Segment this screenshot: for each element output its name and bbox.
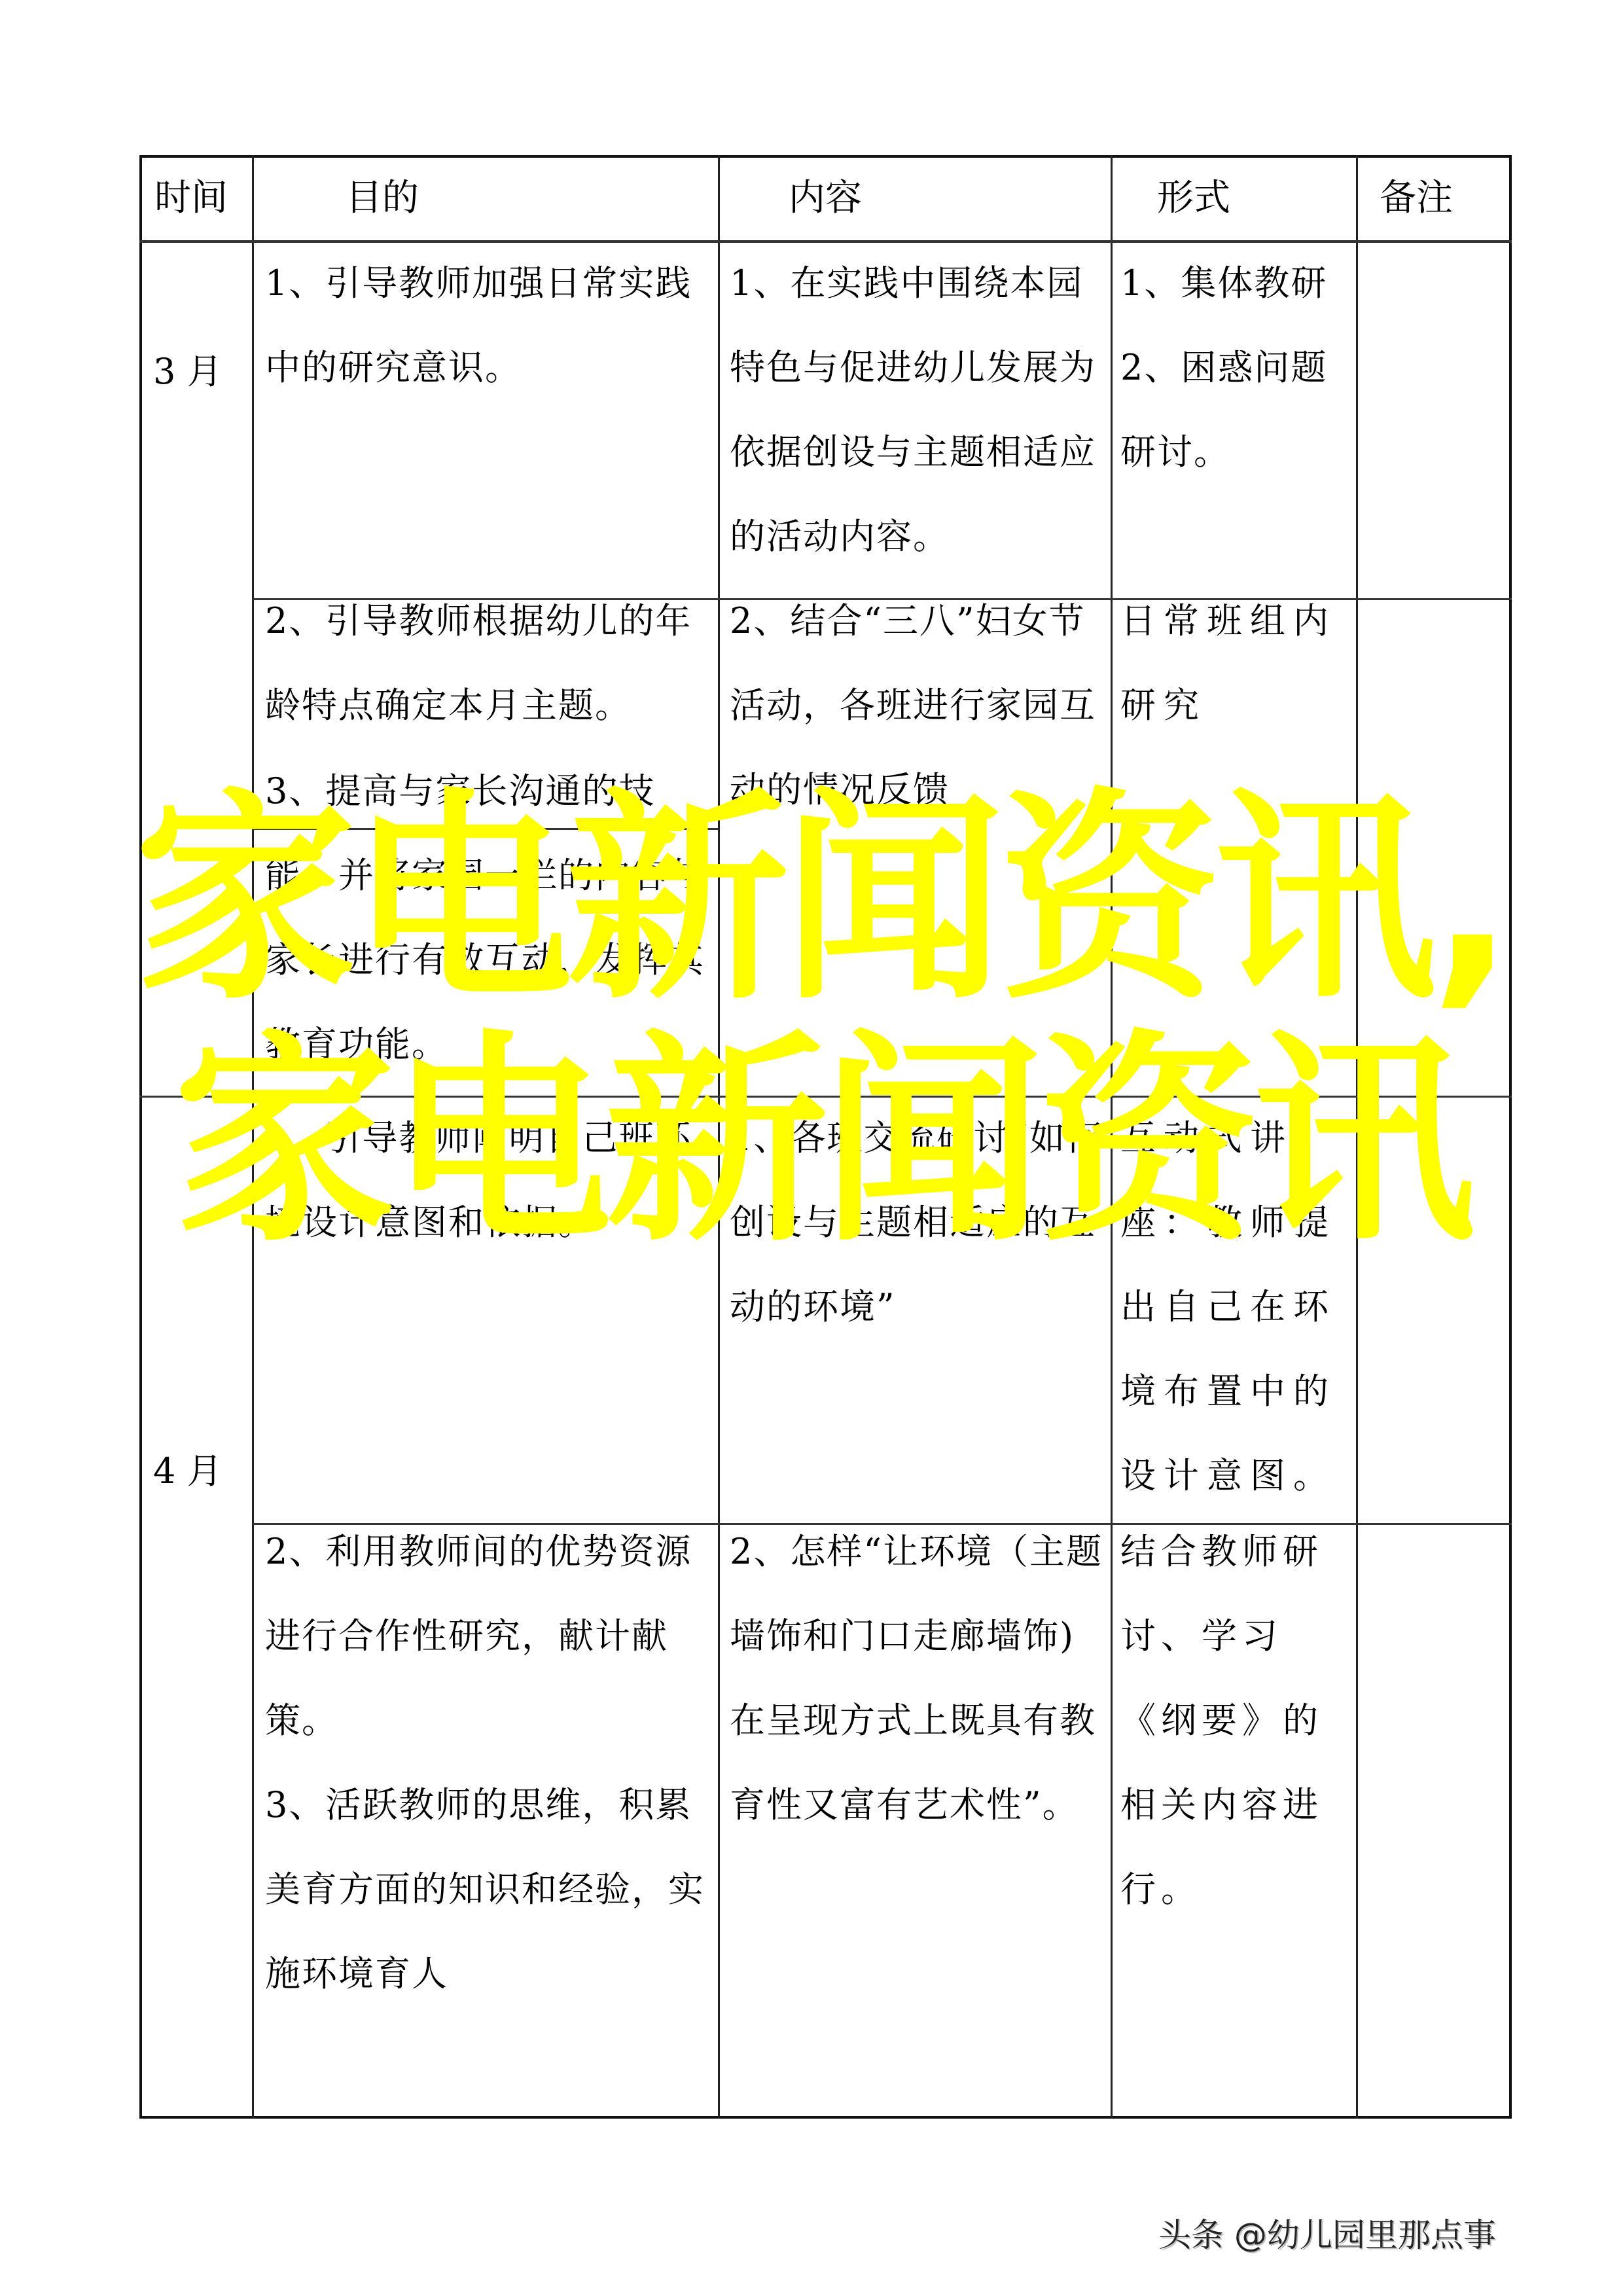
header-form: 形式 (1157, 180, 1230, 217)
purpose-cell: 1、引导教师加强日常实践中的研究意识。 (265, 241, 710, 410)
header-note: 备注 (1380, 180, 1453, 217)
header-content: 内容 (789, 180, 862, 217)
form-cell: 1、集体教研 2、困惑问题研讨。 (1120, 241, 1349, 494)
content-cell: 2、怎样“让环境（主题墙饰和门口走廊墙饰)在呈现方式上既具有教育性又富有艺术性”… (730, 1509, 1106, 1847)
header-purpose: 目的 (346, 180, 419, 217)
month-march: 3 月 (153, 344, 223, 394)
form-cell: 日常班组内研究 (1120, 579, 1343, 747)
content-cell: 1、各班交流研讨“如何创设与主题相适应的互动的环境” (730, 1096, 1106, 1349)
form-cell: 互动式讲座：教师提出自己在环境布置中的设计意图。 (1120, 1096, 1343, 1518)
purpose-cell: 1、引导教师阐明自己班环境设计意图和依据。 (265, 1096, 710, 1265)
col-divider (718, 155, 720, 2119)
col-divider (1356, 155, 1358, 2119)
col-divider (252, 155, 254, 2119)
col-divider (1111, 155, 1113, 2119)
month-april: 4 月 (153, 1443, 223, 1494)
source-watermark: 头条 @幼儿园里那点事 (1158, 2209, 1496, 2256)
form-cell: 结合教师研讨、学习《纲要》的相关内容进行。 (1120, 1509, 1343, 1931)
purpose-cell: 3、提高与家长沟通的技能，并将家园一栏的内容与家长进行有效互动，发挥其教育功能。 (265, 749, 710, 1086)
purpose-cell: 2、引导教师根据幼儿的年龄特点确定本月主题。 (265, 579, 710, 747)
content-cell: 1、在实践中围绕本园特色与促进幼儿发展为依据创设与主题相适应的活动内容。 (730, 241, 1106, 579)
purpose-cell: 2、利用教师间的优势资源进行合作性研究，献计献策。 3、活跃教师的思维，积累美育… (265, 1509, 710, 2016)
content-cell: 2、结合“三八”妇女节活动，各班进行家园互动的情况反馈 (730, 579, 1106, 832)
header-time: 时间 (154, 180, 228, 217)
